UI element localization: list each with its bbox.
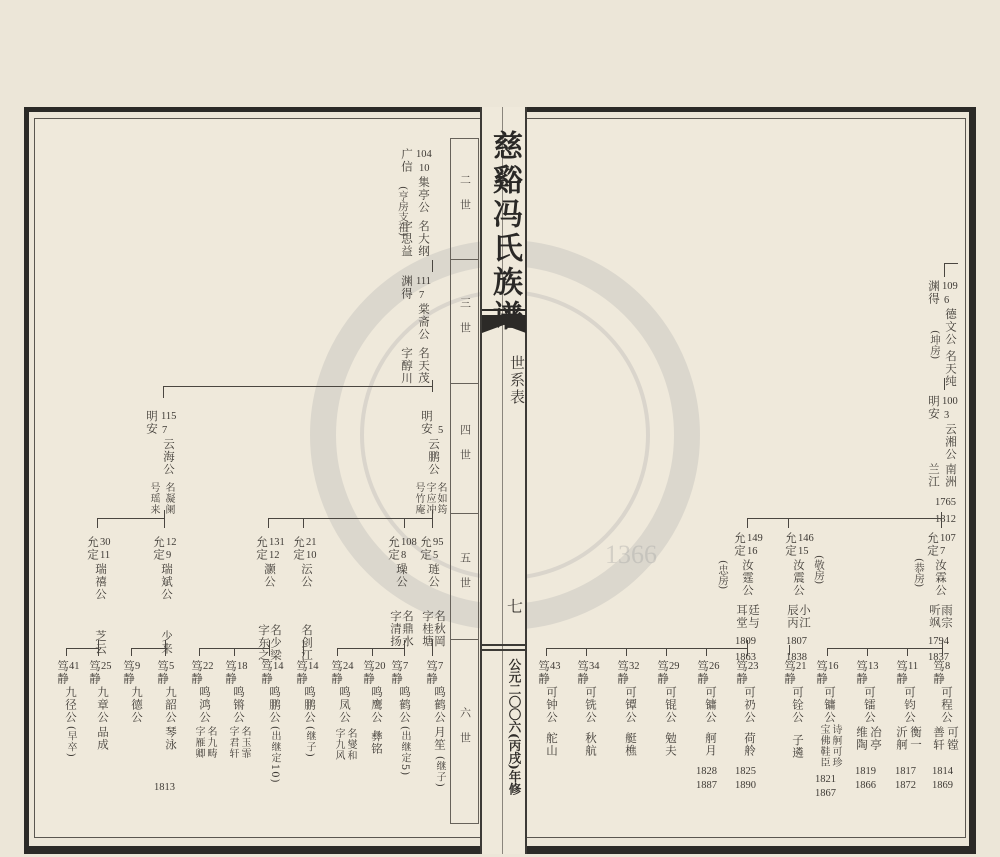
lineage-connector	[269, 640, 270, 656]
rank-number: 5	[433, 549, 438, 562]
rank-number: 10	[419, 162, 430, 175]
generation-prefix: 笃静	[895, 660, 908, 685]
generation-cell: 四世	[450, 384, 479, 514]
generation-prefix: 允定	[733, 532, 746, 557]
lineage-connector	[432, 260, 433, 272]
lineage-connector	[788, 518, 789, 528]
given-name: 月笙	[433, 726, 446, 751]
line-number: 21	[306, 536, 317, 549]
generation-prefix: 笃静	[260, 660, 273, 685]
lineage-connector	[706, 648, 707, 656]
given-name: 琴泳	[164, 726, 177, 751]
given-name: 艇樵	[624, 732, 637, 757]
person-name: 云鹏公	[427, 438, 440, 476]
courtesy-name: 沂舸	[895, 726, 908, 751]
generation-prefix: 笃静	[56, 660, 69, 685]
lineage-connector	[867, 648, 868, 656]
generation-prefix: 笃静	[932, 660, 945, 685]
branch-note: (坤房)	[928, 330, 943, 359]
book-title: 慈谿冯氏族谱	[484, 130, 524, 334]
death-year: 1867	[815, 786, 836, 801]
line-number: 146	[798, 532, 814, 545]
generation-prefix: 允定	[292, 536, 305, 561]
lineage-connector	[747, 640, 748, 656]
line-number: 8	[945, 660, 950, 673]
birth-year: 1809	[735, 634, 756, 649]
line-number: 7	[438, 660, 443, 673]
generation-cell: 三世	[450, 260, 479, 384]
rank-number: 15	[798, 545, 809, 558]
edition-date: 公元二〇〇六(丙戌)年修	[506, 658, 522, 795]
given-name: 勉夫	[664, 732, 677, 757]
lineage-connector	[163, 386, 164, 398]
person-name: 灏公	[263, 563, 276, 588]
courtesy-name: 耳堂	[735, 604, 748, 629]
given-name: 名大纲	[417, 220, 430, 258]
sibling-bracket	[268, 518, 433, 519]
branch-note: (恭房)	[912, 558, 927, 587]
lineage-connector	[666, 648, 667, 656]
adoption-note: (出继定10)	[268, 726, 281, 784]
generation-prefix: 笃静	[224, 660, 237, 685]
given-name: 名剑江	[300, 624, 313, 662]
line-number: 104	[416, 148, 432, 161]
generation-cell: 五世	[450, 514, 479, 640]
generation-prefix: 允定	[926, 532, 939, 557]
person-name: 可钧公	[903, 686, 916, 724]
rank-number: 9	[166, 549, 171, 562]
sibling-bracket	[944, 263, 958, 264]
given-name: 诗舸可珍	[829, 724, 841, 768]
person-name: 鸣锵公	[232, 686, 245, 724]
style-name: 号瑶来	[147, 482, 160, 515]
courtesy-name: 字雁卿	[192, 726, 205, 759]
person-name: 云海公	[162, 438, 175, 476]
early-death-note: (早卒)	[64, 726, 77, 758]
line-number: 100	[942, 395, 958, 408]
lineage-connector	[789, 645, 790, 655]
death-year: 1890	[735, 778, 756, 793]
generation-cell: 六世	[450, 640, 479, 824]
line-number: 131	[269, 536, 285, 549]
rank-number: 16	[747, 545, 758, 558]
sibling-bracket	[747, 518, 941, 519]
given-name: 彝铭	[370, 730, 383, 755]
courtesy-name: 善轩	[932, 726, 945, 751]
lineage-connector	[97, 518, 98, 528]
birth-year: 1828	[696, 764, 717, 779]
person-name: 可铣公	[584, 686, 597, 724]
person-name: 汝霖公	[934, 559, 947, 597]
generation-prefix: 笃静	[656, 660, 669, 685]
person-name: 可程公	[940, 686, 953, 724]
generation-prefix: 笃静	[330, 660, 343, 685]
line-number: 29	[669, 660, 680, 673]
sibling-bracket	[66, 648, 98, 649]
courtesy-name: 宝佛鞋臣	[817, 724, 829, 768]
generation-cell: 二世	[450, 138, 479, 260]
line-number: 11	[908, 660, 918, 673]
person-name: 九章公	[96, 686, 109, 724]
line-number: 22	[203, 660, 214, 673]
line-number: 30	[100, 536, 111, 549]
line-number: 18	[237, 660, 248, 673]
person-name: 可镭公	[863, 686, 876, 724]
sibling-bracket	[163, 386, 433, 387]
generation-prefix: 笃静	[390, 660, 403, 685]
birth-year: 1794	[928, 634, 949, 649]
lineage-connector	[827, 648, 828, 656]
person-name: 鸣鹰公	[370, 686, 383, 724]
lineage-connector	[165, 640, 166, 656]
lineage-connector	[586, 648, 587, 656]
person-name: 云湘公	[944, 423, 957, 461]
line-number: 149	[747, 532, 763, 545]
generation-prefix: 渊得	[400, 275, 413, 300]
birth-year: 1825	[735, 764, 756, 779]
given-name: 可镗	[946, 726, 959, 751]
spine-divider	[482, 649, 526, 651]
generation-prefix: 广信	[400, 148, 413, 173]
generation-prefix: 笃静	[735, 660, 748, 685]
lineage-connector	[432, 510, 433, 528]
given-name: 舸月	[704, 732, 717, 757]
birth-year: 1765	[935, 495, 956, 510]
line-number: 25	[101, 660, 112, 673]
line-number: 26	[709, 660, 720, 673]
lineage-connector	[303, 518, 304, 528]
person-name: 九韶公	[164, 686, 177, 724]
person-name: 鸣鸿公	[198, 686, 211, 724]
rank-number: 3	[944, 409, 949, 422]
person-name: 瑞禧公	[94, 563, 107, 601]
rank-number: 7	[940, 545, 945, 558]
generation-prefix: 笃静	[696, 660, 709, 685]
line-number: 9	[135, 660, 140, 673]
lineage-connector	[404, 640, 405, 656]
lineage-connector	[303, 640, 304, 656]
given-name: 南洲	[944, 463, 957, 488]
generation-prefix: 明安	[420, 410, 433, 435]
courtesy-name: 字君轩	[226, 726, 239, 759]
rank-number: 12	[269, 549, 280, 562]
given-name: 名天茂	[417, 347, 430, 385]
generation-label: 二世	[457, 174, 473, 224]
generation-prefix: 笃静	[616, 660, 629, 685]
given-name: 品成	[96, 726, 109, 751]
line-number: 41	[69, 660, 80, 673]
generation-prefix: 笃静	[537, 660, 550, 685]
person-name: 鸣鹤公	[398, 686, 411, 724]
given-name: 名天纯	[944, 350, 957, 388]
generation-prefix: 笃静	[362, 660, 375, 685]
lineage-connector	[944, 263, 945, 277]
rank-number: 6	[944, 294, 949, 307]
sibling-bracket	[97, 518, 164, 519]
person-name: 可钟公	[545, 686, 558, 724]
line-number: 24	[343, 660, 354, 673]
lineage-connector	[98, 640, 99, 656]
person-name: 九德公	[130, 686, 143, 724]
generation-prefix: 笃静	[815, 660, 828, 685]
given-name: 荷舲	[743, 732, 756, 757]
lineage-connector	[66, 648, 67, 656]
person-name: 九径公	[64, 686, 77, 724]
line-number: 14	[308, 660, 319, 673]
person-name: 鸣鹤公	[433, 686, 446, 724]
line-number: 109	[942, 280, 958, 293]
person-name: 棠斋公	[417, 303, 430, 341]
line-number: 16	[828, 660, 839, 673]
given-name: 名九畴	[204, 726, 217, 759]
generation-prefix: 明安	[145, 410, 158, 435]
lineage-connector	[234, 648, 235, 656]
courtesy-name: 字醇川	[400, 347, 413, 385]
generation-prefix: 允定	[387, 536, 400, 561]
given-name: 冶亭	[869, 726, 882, 751]
line-number: 5	[438, 424, 443, 437]
lineage-connector	[747, 518, 748, 528]
line-number: 20	[375, 660, 386, 673]
generation-prefix: 允定	[152, 536, 165, 561]
line-number: 34	[589, 660, 600, 673]
branch-note: (忠房)	[716, 560, 731, 589]
courtesy-name: 辰丙	[786, 604, 799, 629]
line-number: 115	[161, 410, 176, 423]
person-name: 可锟公	[664, 686, 677, 724]
line-number: 12	[166, 536, 177, 549]
death-year: 1872	[895, 778, 916, 793]
sibling-bracket	[827, 648, 942, 649]
rank-number: 8	[401, 549, 406, 562]
generation-label: 六世	[457, 707, 473, 757]
generation-prefix: 明安	[927, 395, 940, 420]
line-number: 43	[550, 660, 561, 673]
person-name: 可镡公	[624, 686, 637, 724]
birth-year: 1813	[154, 780, 175, 795]
lineage-connector	[907, 648, 908, 656]
generation-label: 四世	[457, 424, 473, 474]
adoption-note: (出继定5)	[398, 726, 411, 776]
death-year: 1866	[855, 778, 876, 793]
person-name: 德文公	[944, 308, 957, 346]
lineage-connector	[404, 518, 405, 528]
line-number: 21	[796, 660, 807, 673]
rank-number: 11	[100, 549, 110, 562]
given-name: 舵山	[545, 732, 558, 757]
given-name: 子遴	[791, 734, 804, 759]
generation-prefix: 允定	[419, 536, 432, 561]
line-number: 107	[940, 532, 956, 545]
lineage-connector	[164, 510, 165, 528]
rank-number: 7	[162, 424, 167, 437]
line-number: 111	[416, 275, 431, 288]
person-name: 瑞斌公	[160, 563, 173, 601]
person-name: 鸣鹏公	[303, 686, 316, 724]
spine-divider	[482, 644, 526, 646]
line-number: 14	[273, 660, 284, 673]
courtesy-name: 字九风	[332, 728, 345, 761]
generation-prefix: 允定	[86, 536, 99, 561]
generation-prefix: 笃静	[295, 660, 308, 685]
generation-prefix: 笃静	[122, 660, 135, 685]
person-name: 汝霆公	[741, 559, 754, 597]
given-name: 秋航	[584, 732, 597, 757]
person-name: 可镛公	[704, 686, 717, 724]
birth-year: 1814	[932, 764, 953, 779]
line-number: 23	[748, 660, 759, 673]
line-number: 95	[433, 536, 444, 549]
birth-year: 1819	[855, 764, 876, 779]
sibling-bracket	[131, 648, 165, 649]
lineage-connector	[337, 648, 338, 656]
generation-prefix: 笃静	[425, 660, 438, 685]
generation-prefix: 笃静	[88, 660, 101, 685]
lineage-connector	[432, 380, 433, 392]
person-name: 璪公	[395, 563, 408, 588]
page-number: 七	[507, 594, 523, 617]
line-number: 13	[868, 660, 879, 673]
lineage-connector	[626, 648, 627, 656]
given-name: 名燮和	[344, 728, 357, 761]
generation-prefix: 笃静	[190, 660, 203, 685]
courtesy-name: 兰江	[927, 463, 940, 488]
branch-note: (亨房支祖)	[396, 186, 411, 236]
person-name: 沄公	[300, 563, 313, 588]
generation-prefix: 笃静	[156, 660, 169, 685]
style-name: 号竹庵	[412, 482, 425, 515]
birth-year: 1821	[815, 772, 836, 787]
person-name: 可镛公	[823, 686, 836, 724]
birth-year: 1817	[895, 764, 916, 779]
lineage-connector	[941, 512, 942, 528]
adoption-note: (继子)	[433, 756, 446, 788]
line-number: 32	[629, 660, 640, 673]
courtesy-name: 字清扬	[389, 610, 402, 648]
adoption-note: (继子)	[303, 726, 316, 758]
generation-prefix: 允定	[255, 536, 268, 561]
line-number: 7	[403, 660, 408, 673]
courtesy-name: 维陶	[855, 726, 868, 751]
death-year: 1869	[932, 778, 953, 793]
person-name: 集亭公	[417, 176, 430, 214]
person-name: 鸣凤公	[338, 686, 351, 724]
branch-note: (敬房)	[812, 555, 827, 584]
person-name: 琏公	[427, 563, 440, 588]
person-name: 可铨公	[791, 686, 804, 724]
given-name: 芝云	[94, 630, 107, 655]
lineage-connector	[546, 648, 547, 656]
lineage-connector	[432, 640, 433, 656]
courtesy-name: 听飒	[928, 604, 941, 629]
sibling-bracket	[546, 648, 747, 649]
sibling-bracket	[337, 648, 404, 649]
generation-prefix: 渊得	[927, 280, 940, 305]
generation-label: 三世	[457, 297, 473, 347]
generation-prefix: 笃静	[576, 660, 589, 685]
line-number: 108	[401, 536, 417, 549]
generation-prefix: 笃静	[855, 660, 868, 685]
death-year: 1887	[696, 778, 717, 793]
section-title: 世系表	[507, 355, 528, 406]
spine-band-rule	[482, 309, 526, 311]
generation-prefix: 笃静	[783, 660, 796, 685]
lineage-connector	[199, 648, 200, 656]
generation-prefix: 允定	[784, 532, 797, 557]
given-name: 少来	[160, 630, 173, 655]
lineage-connector	[942, 640, 943, 656]
person-name: 可礽公	[743, 686, 756, 724]
given-name: 衡一	[909, 726, 922, 751]
person-name: 鸣鹏公	[268, 686, 281, 724]
lineage-connector	[131, 648, 132, 656]
rank-number: 7	[419, 289, 424, 302]
death-year: 1812	[935, 512, 956, 527]
lineage-connector	[268, 518, 269, 528]
given-name: 名玉霏	[238, 726, 251, 759]
lineage-connector	[372, 648, 373, 656]
person-name: 汝震公	[792, 559, 805, 597]
line-number: 5	[169, 660, 174, 673]
rank-number: 10	[306, 549, 317, 562]
lineage-connector	[944, 378, 945, 390]
generation-label: 五世	[457, 552, 473, 602]
